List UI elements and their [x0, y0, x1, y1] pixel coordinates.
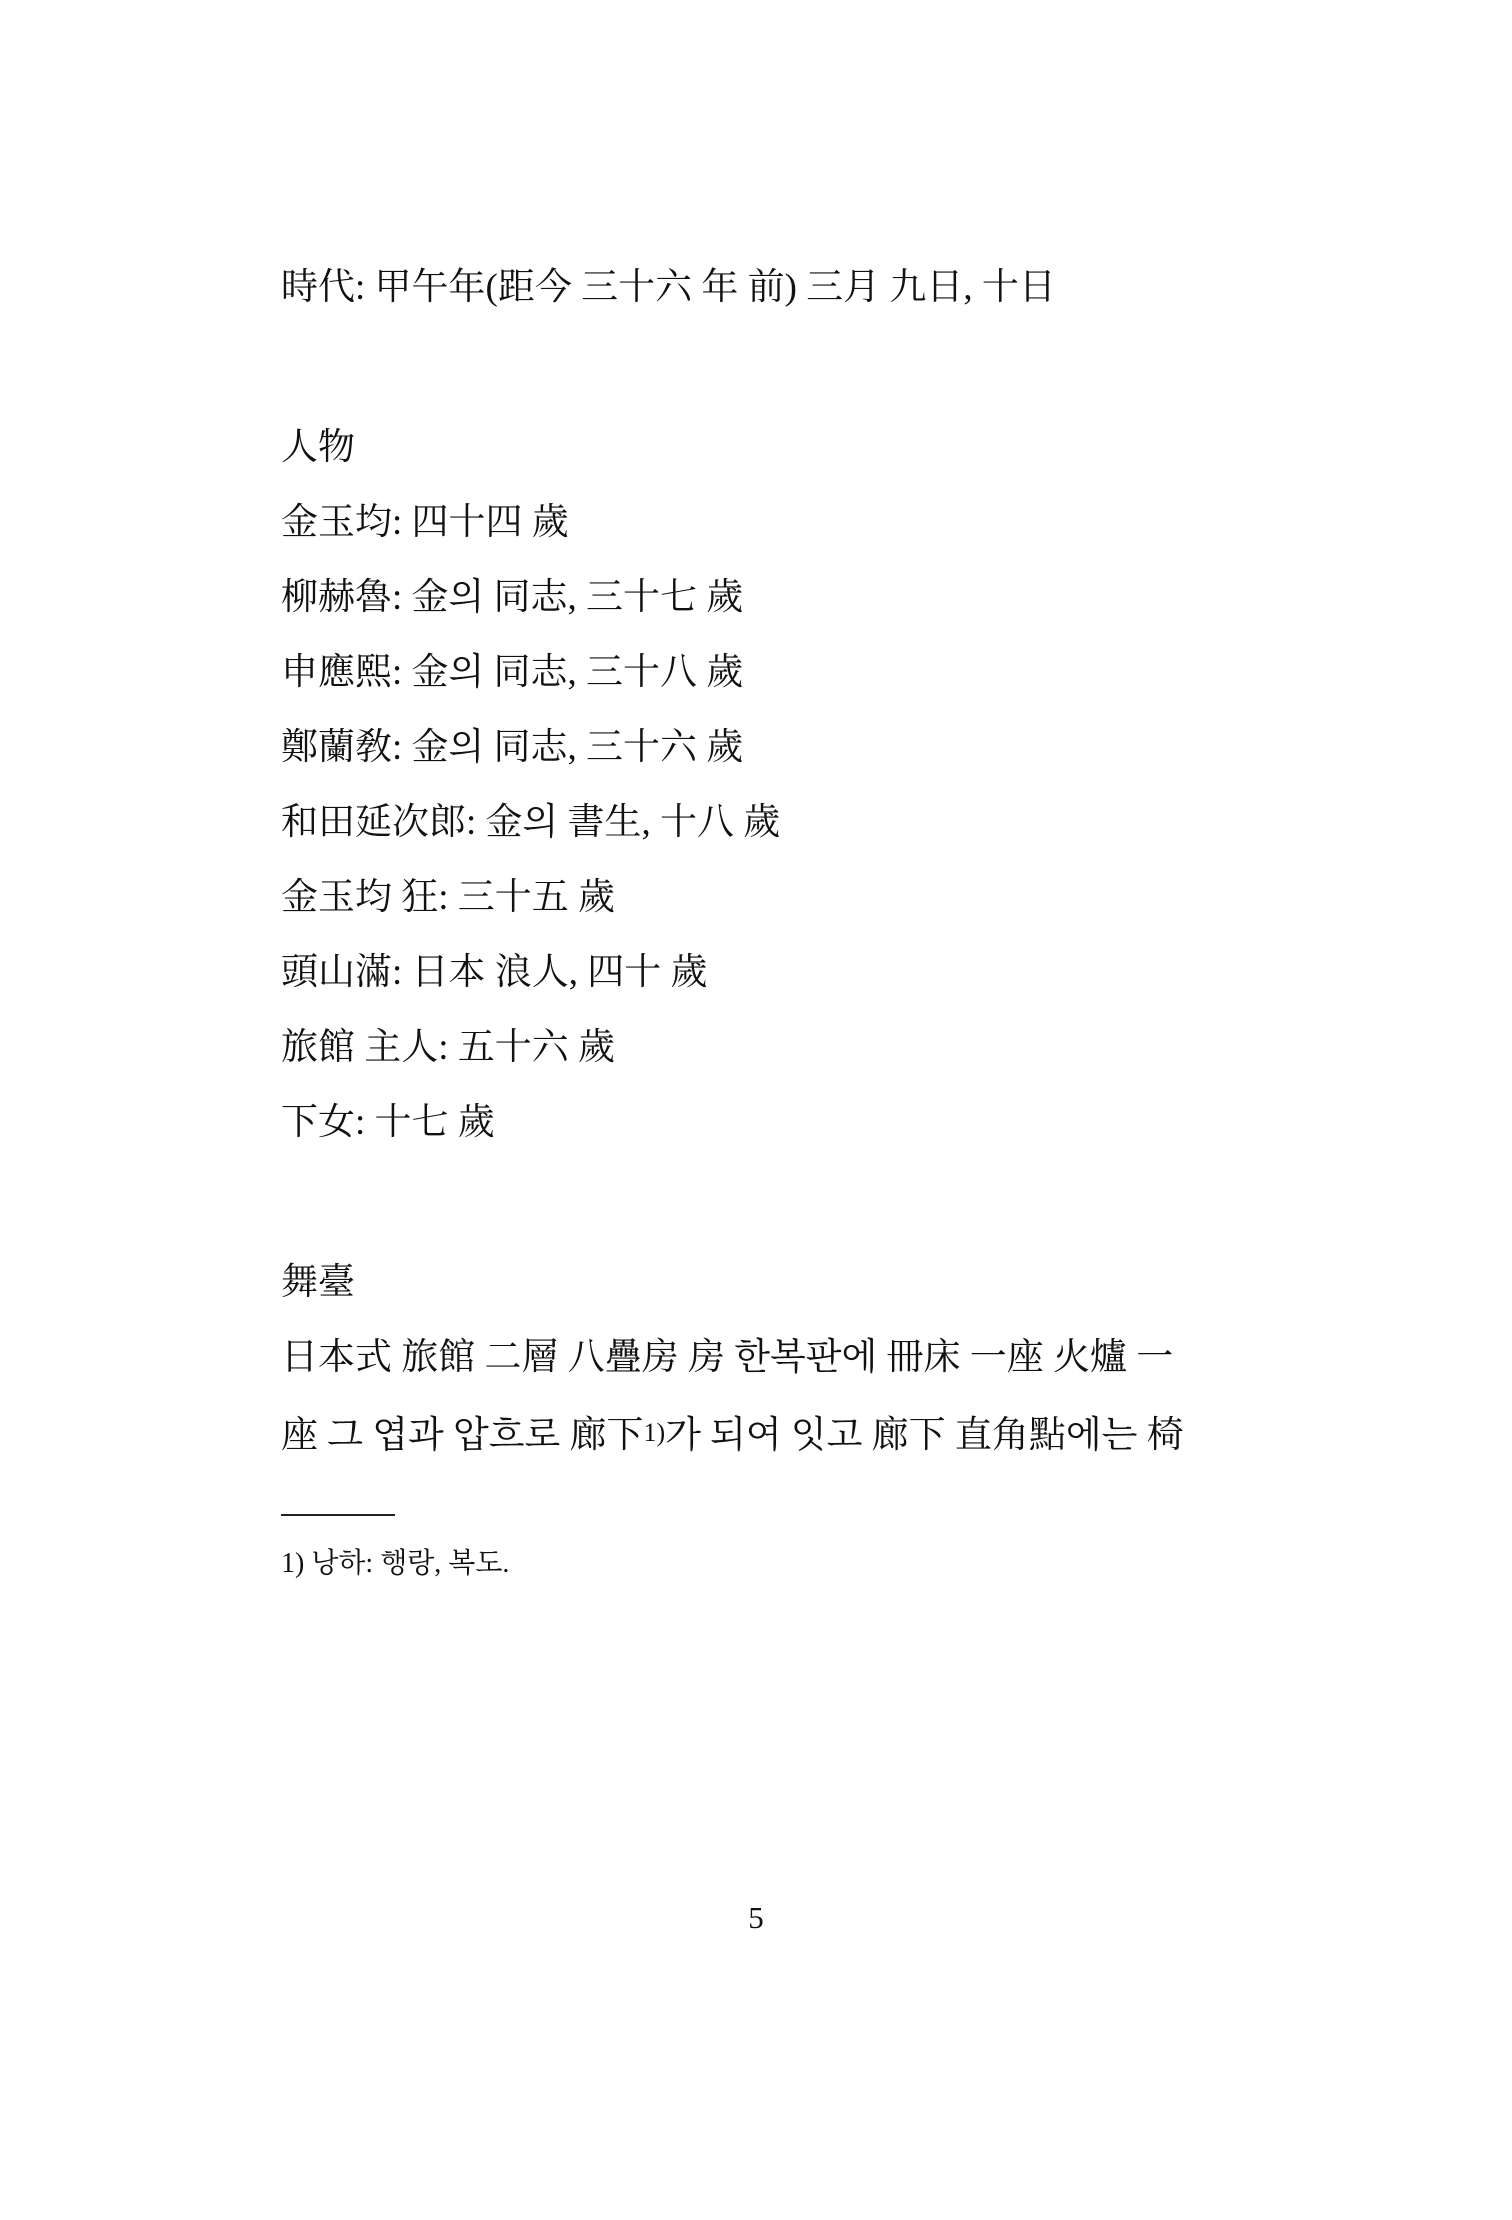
stage-heading: 舞臺	[281, 1245, 1239, 1320]
document-page: 時代: 甲午年(距今 三十六 年 前) 三月 九日, 十日 人物 金玉均: 四十…	[0, 0, 1512, 2220]
stage-line2-text: 가 되여 잇고 廊下 直角點에는 椅	[665, 1415, 1183, 1456]
footnote-marker: 1)	[281, 1548, 304, 1579]
footnote-reference: 1)	[643, 1418, 665, 1447]
stage-line2-text: 座 그 엽과 압흐로 廊下	[281, 1415, 643, 1456]
characters-heading: 人物	[281, 410, 1239, 485]
stage-paragraph-line-1: 日本式 旅館 二層 八疊房 房 한복판에 冊床 一座 火爐 一	[281, 1320, 1239, 1395]
character-line: 頭山滿: 日本 浪人, 四十 歲	[281, 935, 1239, 1010]
character-line: 申應熙: 金의 同志, 三十八 歲	[281, 635, 1239, 710]
character-line: 柳赫魯: 金의 同志, 三十七 歲	[281, 560, 1239, 635]
character-line: 鄭蘭敎: 金의 同志, 三十六 歲	[281, 710, 1239, 785]
page-content: 時代: 甲午年(距今 三十六 年 前) 三月 九日, 十日 人物 金玉均: 四十…	[281, 250, 1239, 1584]
time-line: 時代: 甲午年(距今 三十六 年 前) 三月 九日, 十日	[281, 250, 1239, 325]
stage-paragraph-line-2: 座 그 엽과 압흐로 廊下1)가 되여 잇고 廊下 直角點에는 椅	[281, 1395, 1239, 1470]
footnote-line: 1) 낭하: 행랑, 복도.	[281, 1544, 1239, 1584]
footnote-text: 낭하: 행랑, 복도.	[304, 1548, 509, 1579]
footnote-separator	[281, 1514, 395, 1516]
character-line: 金玉均 狂: 三十五 歲	[281, 860, 1239, 935]
character-line: 下女: 十七 歲	[281, 1085, 1239, 1160]
character-line: 和田延次郎: 金의 書生, 十八 歲	[281, 785, 1239, 860]
character-line: 金玉均: 四十四 歲	[281, 485, 1239, 560]
page-number: 5	[0, 1898, 1512, 1938]
character-line: 旅館 主人: 五十六 歲	[281, 1010, 1239, 1085]
